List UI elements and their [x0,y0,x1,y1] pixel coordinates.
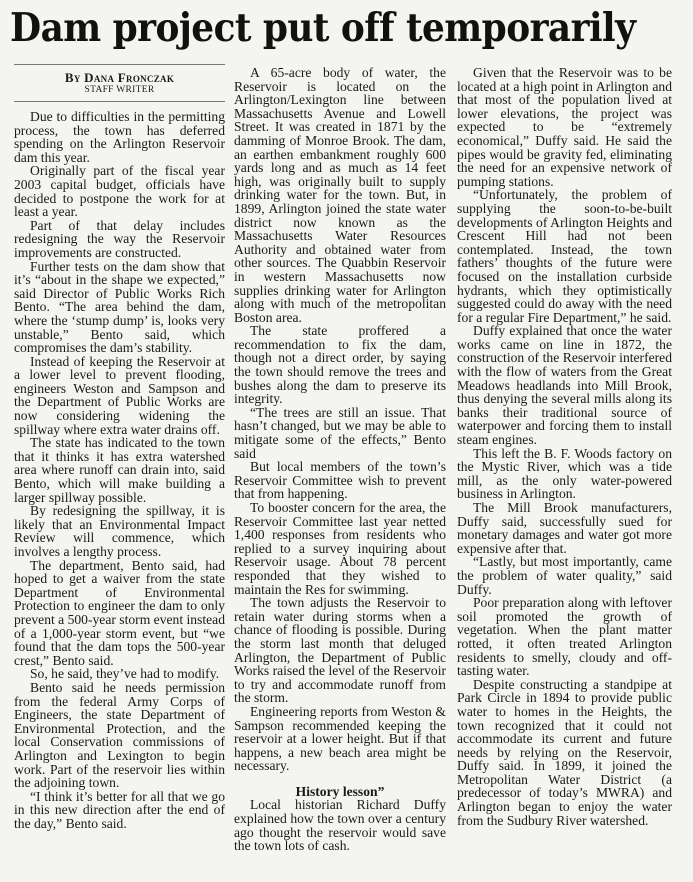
paragraph: The department, Bento said, had hoped to… [14,559,225,668]
paragraph: “I think it’s better for all that we go … [14,790,225,831]
paragraph: A 65-acre body of water, the Reservoir i… [234,66,446,324]
headline: Dam project put off temporarily [10,2,636,54]
paragraph: Bento said he needs permission from the … [14,681,225,790]
paragraph: To booster concern for the area, the Res… [234,501,446,596]
paragraph: Due to difficulties in the permitting pr… [14,110,225,164]
paragraph: So, he said, they’ve had to modify. [14,667,225,681]
paragraph: This left the B. F. Woods factory on the… [457,447,672,501]
paragraph: Originally part of the fiscal year 2003 … [14,164,225,218]
paragraph: But local members of the town’s Reservoi… [234,460,446,501]
paragraph: Instead of keeping the Reservoir at a lo… [14,355,225,437]
column-2: A 65-acre body of water, the Reservoir i… [234,66,446,853]
paragraph: Engineering reports from Weston & Sampso… [234,705,446,773]
paragraph: The Mill Brook manufacturers, Duffy said… [457,501,672,555]
paragraph: Further tests on the dam show that it’s … [14,260,225,355]
byline: By Dana Fronczak [14,70,225,85]
paragraph: Duffy explained that once the water work… [457,324,672,446]
subhead: History lesson” [234,785,446,799]
paragraph: Part of that delay includes redesigning … [14,219,225,260]
paragraph: Poor preparation along with leftover soi… [457,596,672,678]
paragraph: The state proffered a recommendation to … [234,324,446,406]
paragraph: The state has indicated to the town that… [14,436,225,504]
newspaper-clipping: Dam project put off temporarily By Dana … [0,0,693,882]
paragraph: Given that the Reservoir was to be locat… [457,66,672,188]
paragraph: Local historian Richard Duffy explained … [234,798,446,852]
paragraph: “Lastly, but most importantly, came the … [457,555,672,596]
byline-role: Staff Writer [14,85,225,96]
paragraph: “Unfortunately, the problem of supplying… [457,188,672,324]
paragraph: “The trees are still an issue. That hasn… [234,406,446,460]
column-1: By Dana Fronczak Staff Writer Due to dif… [14,60,225,830]
paragraph: By redesigning the spillway, it is likel… [14,504,225,558]
paragraph: The town adjusts the Reservoir to retain… [234,596,446,705]
column-3: Given that the Reservoir was to be locat… [457,66,672,827]
paragraph: Despite constructing a standpipe at Park… [457,678,672,828]
byline-box: By Dana Fronczak Staff Writer [14,64,225,102]
